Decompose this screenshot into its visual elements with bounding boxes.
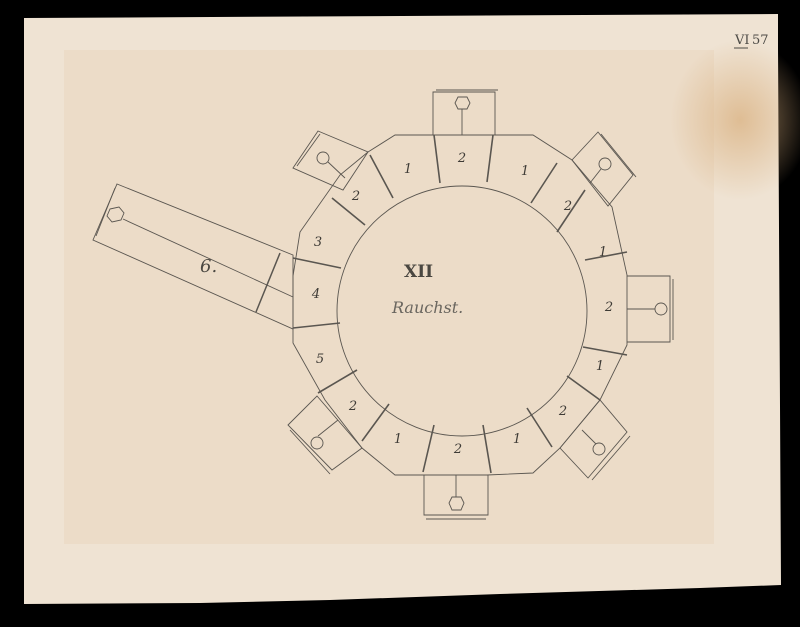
segment-label: 4 <box>311 287 320 302</box>
segment-label: 3 <box>314 235 322 250</box>
scanned-drawing-sheet: VI 57 <box>0 0 800 627</box>
segment-label: 1 <box>521 164 529 179</box>
segment-label: 2 <box>563 199 572 214</box>
svg-text:57: 57 <box>752 33 769 48</box>
segment-label: 2 <box>348 399 357 414</box>
west-arm-label: 6. <box>200 256 217 277</box>
segment-label: 1 <box>596 359 604 374</box>
segment-label: 2 <box>558 404 567 419</box>
segment-label: 1 <box>513 432 521 447</box>
segment-label: 2 <box>351 189 360 204</box>
segment-label: 1 <box>394 432 402 447</box>
handwritten-note: Rauchst. <box>391 298 463 317</box>
segment-label: 1 <box>404 162 412 177</box>
svg-text:VI: VI <box>734 33 750 48</box>
segment-label: 2 <box>604 300 613 315</box>
segment-label: 5 <box>316 352 324 367</box>
plan-numeral: XII <box>404 262 433 282</box>
segment-label: 2 <box>457 151 466 166</box>
catalog-mark: VI 57 <box>734 33 769 48</box>
segment-label: 2 <box>453 442 462 457</box>
segment-label: 1 <box>599 245 607 260</box>
